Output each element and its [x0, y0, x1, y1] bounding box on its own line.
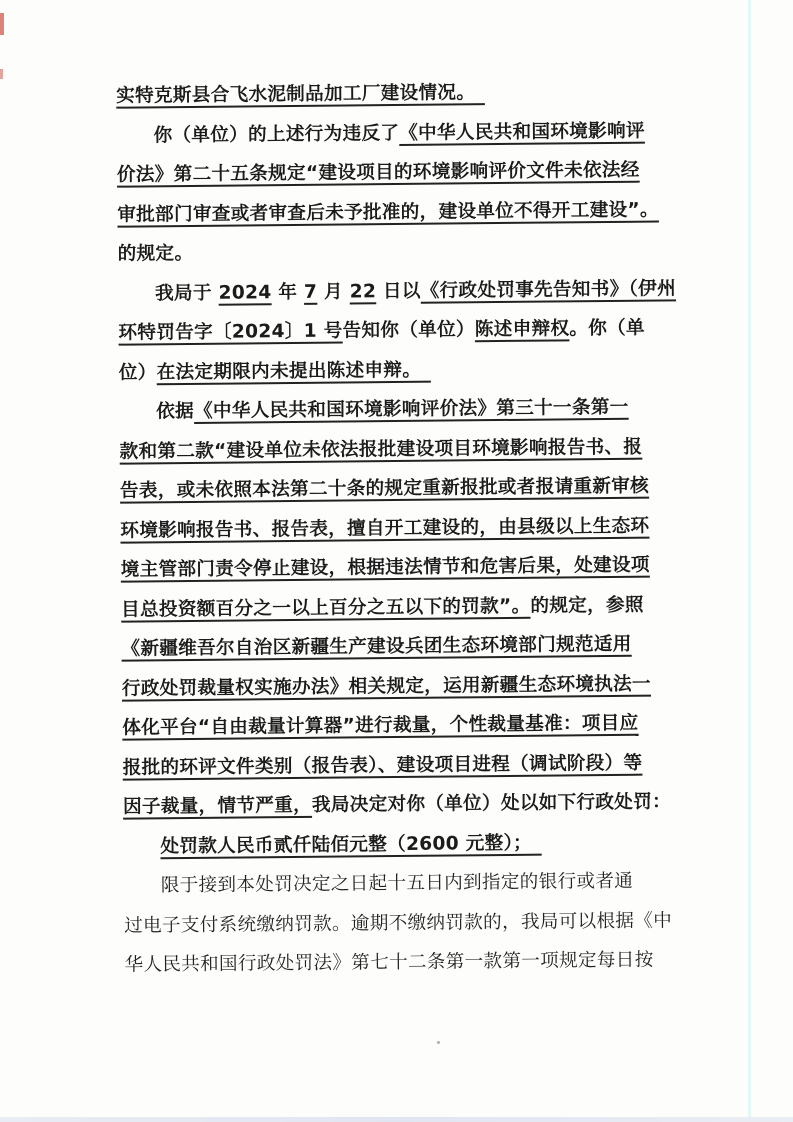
underlined-text-run: 《新疆维吾尔自治区新疆生产建设兵团生态环境部门规范适用: [121, 634, 631, 660]
scan-speck: [437, 1041, 440, 1044]
text-line: 告表，或未依照本法第二十条的规定重新报批或者报请重新审核: [120, 466, 680, 511]
underlined-text-run: 处罚款人民币贰仟陆佰元整（2600 元整）；: [160, 832, 541, 857]
text-line: 报批的环评文件类别（报告表）、建设项目进程（调试阶段）等: [122, 743, 682, 788]
text-line: 的规定。: [118, 229, 678, 274]
underlined-text-run: 款和第二款“建设单位未依法报批建设项目环境影响报告书、报: [120, 436, 643, 462]
document-text: 实特克斯县合飞水泥制品加工厂建设情况。 你（单位）的上述行为违反了《中华人民共和…: [116, 71, 685, 985]
text-line: 你（单位）的上述行为违反了《中华人民共和国环境影响评: [116, 111, 676, 156]
text-line: 限于接到本处罚决定之日起十五日内到指定的银行或者通: [124, 861, 684, 906]
text-line: 环特罚告字〔2024〕1 号告知你（单位）陈述申辩权。你（单: [118, 308, 678, 353]
red-edge-mark: [0, 69, 3, 79]
underlined-text-run: 2024: [218, 282, 271, 304]
text-line: 我局于 2024 年 7 月 22 日以《行政处罚事先告知书》（伊州: [118, 269, 678, 314]
text-run: 的规定。: [118, 243, 194, 265]
text-run: 月: [317, 281, 350, 302]
underlined-text-run: 告表，或未依照本法第二十条的规定重新报批或者报请重新审核: [120, 476, 649, 502]
text-run: 日以: [376, 280, 421, 301]
underlined-text-run: 陈述申辩权: [475, 318, 570, 340]
underlined-text-run: 实特克斯县合飞水泥制品加工厂建设情况。: [116, 82, 485, 107]
underlined-text-run: 目总投资额百分之一以上百分之五以下的罚款”。: [121, 595, 530, 620]
text-line: 环境影响报告书、报告表，擅自开工建设的，由县级以上生态环: [120, 506, 680, 551]
underlined-text-run: 环境影响报告书、报告表，擅自开工建设的，由县级以上生态环: [120, 515, 649, 541]
text-line: 行政处罚裁量权实施办法》相关规定，运用新疆生态环境执法一: [122, 664, 682, 709]
text-line: 价法》第二十五条规定“建设项目的环境影响评价文件未依法经: [117, 150, 677, 195]
scanned-page: 实特克斯县合飞水泥制品加工厂建设情况。 你（单位）的上述行为违反了《中华人民共和…: [0, 0, 793, 1122]
text-run: 告知你（单位）: [342, 319, 474, 341]
text-line: 款和第二款“建设单位未依法报批建设项目环境影响报告书、报: [119, 427, 679, 472]
text-line: 目总投资额百分之一以上百分之五以下的罚款”。的规定，参照: [121, 585, 681, 630]
text-line: 境主管部门责令停止建设，根据违法情节和危害后果，处建设项: [121, 545, 681, 590]
red-edge-mark: [0, 13, 4, 35]
underlined-text-run: 《中华人民共和国环境影响评价法》第三十一条第一: [194, 397, 629, 422]
scan-edge-band: [0, 1117, 793, 1122]
underlined-text-run: 7: [304, 281, 317, 302]
underlined-text-run: 22: [350, 281, 377, 302]
text-line: 华人民共和国行政处罚法》第七十二条第一款第一项规定每日按: [124, 940, 684, 985]
text-line: 《新疆维吾尔自治区新疆生产建设兵团生态环境部门规范适用: [121, 624, 681, 669]
text-line: 体化平台“自由裁量计算器”进行裁量，个性裁量基准：项目应: [122, 703, 682, 748]
underlined-text-run: 在法定期限内未提出陈述申辩。: [157, 359, 431, 383]
underlined-text-run: 境主管部门责令停止建设，根据违法情节和危害后果，处建设项: [121, 555, 650, 581]
text-run: 的规定，参照: [530, 594, 644, 616]
underlined-text-run: 《行政处罚事先告知书》（伊州: [421, 278, 676, 301]
text-line: 因子裁量，情节严重，我局决定对你（单位）处以如下行政处罚：: [123, 782, 683, 827]
underlined-text-run: 报批的环评文件类别（报告表）、建设项目进程（调试阶段）等: [123, 752, 643, 778]
underlined-text-run: 审批部门审查或者审查后未予批准的，建设单位不得开工建设”。: [117, 199, 659, 225]
underlined-text-run: 体化平台“自由裁量计算器”进行裁量，个性裁量基准：项目应: [122, 713, 638, 739]
text-run: 华人民共和国行政处罚法》第七十二条第一款第一项规定每日按: [124, 950, 653, 976]
scanner-streak: [748, 0, 751, 1122]
underlined-text-run: 因子裁量，情节严重，: [123, 795, 312, 818]
text-line: 依据《中华人民共和国环境影响评价法》第三十一条第一: [119, 387, 679, 432]
text-line: 处罚款人民币贰仟陆佰元整（2600 元整）；: [123, 822, 683, 867]
text-run: 你（单位）的上述行为违反了: [153, 122, 399, 145]
text-run: 我局决定对你（单位）处以如下行政处罚：: [312, 791, 671, 815]
underlined-text-run: 《中华人民共和国环境影响评: [399, 120, 645, 143]
underlined-text-run: 行政处罚裁量权实施办法》相关规定，运用新疆生态环境执法一: [122, 673, 651, 699]
text-run: 限于接到本处罚决定之日起十五日内到指定的银行或者通: [161, 871, 634, 897]
text-line: 过电子支付系统缴纳罚款。逾期不缴纳罚款的，我局可以根据《中: [124, 901, 684, 946]
underlined-text-run: 环特罚告字〔2024〕1 号: [118, 321, 342, 344]
text-run: 过电子支付系统缴纳罚款。逾期不缴纳罚款的，我局可以根据《中: [124, 910, 672, 936]
text-run: 我局于: [155, 282, 219, 304]
text-line: 实特克斯县合飞水泥制品加工厂建设情况。: [116, 71, 676, 116]
text-run: 年: [271, 281, 304, 302]
text-run: 依据: [156, 401, 194, 422]
text-run: 。你（单: [569, 318, 645, 340]
text-line: 位）在法定期限内未提出陈述申辩。: [119, 348, 679, 393]
underlined-text-run: 价法》第二十五条规定“建设项目的环境影响评价文件未依法经: [117, 160, 640, 186]
text-line: 审批部门审查或者审查后未予批准的，建设单位不得开工建设”。: [117, 190, 677, 235]
text-run: 位）: [119, 362, 157, 383]
